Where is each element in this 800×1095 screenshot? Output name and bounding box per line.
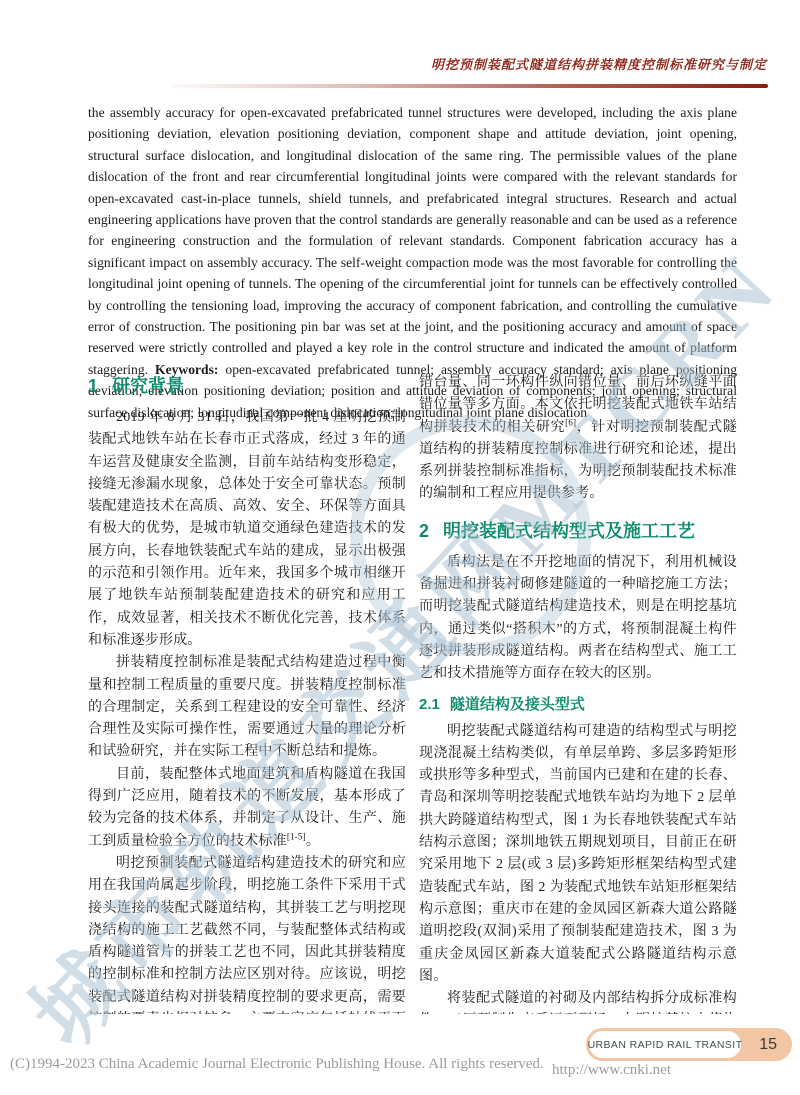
paragraph: 盾构法是在不开挖地面的情况下，利用机械设备掘进和拼装衬砌修建隧道的一种暗挖施工方… (419, 552, 737, 686)
section-1-number: 1 (88, 376, 98, 396)
header-rule-divider (170, 84, 768, 88)
paragraph: 目前，装配整体式地面建筑和盾构隧道在我国得到广泛应用，随着技术的不断发展，基本形… (88, 764, 406, 853)
section-2-number: 2 (419, 521, 429, 541)
section-2-1-heading: 2.1隧道结构及接头型式 (419, 695, 737, 715)
citation-ref: [6] (565, 417, 576, 427)
running-title: 明挖预制装配式隧道结构拼装精度控制标准研究与制定 (431, 54, 767, 73)
paragraph: 明挖预制装配式隧道结构建造技术的研究和应用在我国尚属起步阶段，明挖施工条件下采用… (88, 853, 406, 1014)
paragraph: 2019 年 8 月 31 日，我国第一批 4 座明挖预制装配式地铁车站在长春市… (88, 407, 406, 652)
page-number: 15 (759, 1028, 777, 1061)
footer-copyright: (C)1994-2023 China Academic Journal Elec… (10, 1056, 544, 1073)
body-columns: 1研究背景 2019 年 8 月 31 日，我国第一批 4 座明挖预制装配式地铁… (88, 372, 737, 1014)
left-column: 1研究背景 2019 年 8 月 31 日，我国第一批 4 座明挖预制装配式地铁… (88, 372, 406, 1014)
section-1-title: 研究背景 (112, 376, 184, 396)
paragraph: 将装配式隧道的衬砌及内部结构拆分成标准构件，工厂预制生产后运至现场，在明挖基坑内… (419, 988, 737, 1014)
citation-ref: [1-5] (287, 831, 306, 841)
paragraph-continuation: 错台量、同一环构件纵向错位量、前后环纵缝平面错位量等多方面。本文依托明挖装配式地… (419, 372, 737, 506)
paragraph-text: 。 (306, 834, 320, 849)
paragraph: 拼装精度控制标准是装配式结构建造过程中衡量和控制工程质量的重要尺度。拼装精度控制… (88, 652, 406, 763)
section-1-heading: 1研究背景 (88, 374, 406, 398)
paragraph: 明挖装配式隧道结构可建造的结构型式与明挖现浇混凝土结构类似，有单层单跨、多层多跨… (419, 721, 737, 989)
section-2-1-title: 隧道结构及接头型式 (450, 696, 585, 713)
paper-page: 明挖预制装配式隧道结构拼装精度控制标准研究与制定 the assembly ac… (0, 0, 800, 1095)
section-2-heading: 2明挖装配式结构型式及施工工艺 (419, 519, 737, 543)
footer-url: http://www.cnki.net (552, 1062, 671, 1079)
journal-name-pill: URBAN RAPID RAIL TRANSIT (589, 1031, 741, 1058)
paragraph-text: 目前，装配整体式地面建筑和盾构隧道在我国得到广泛应用，随着技术的不断发展，基本形… (88, 767, 406, 849)
section-2-1-number: 2.1 (419, 696, 440, 713)
section-2-title: 明挖装配式结构型式及施工工艺 (443, 521, 695, 541)
right-column: 错台量、同一环构件纵向错位量、前后环纵缝平面错位量等多方面。本文依托明挖装配式地… (419, 372, 737, 1014)
abstract-text: the assembly accuracy for open-excavated… (88, 105, 737, 377)
journal-name: URBAN RAPID RAIL TRANSIT (588, 1039, 743, 1051)
journal-page-badge: URBAN RAPID RAIL TRANSIT 15 (586, 1028, 792, 1061)
